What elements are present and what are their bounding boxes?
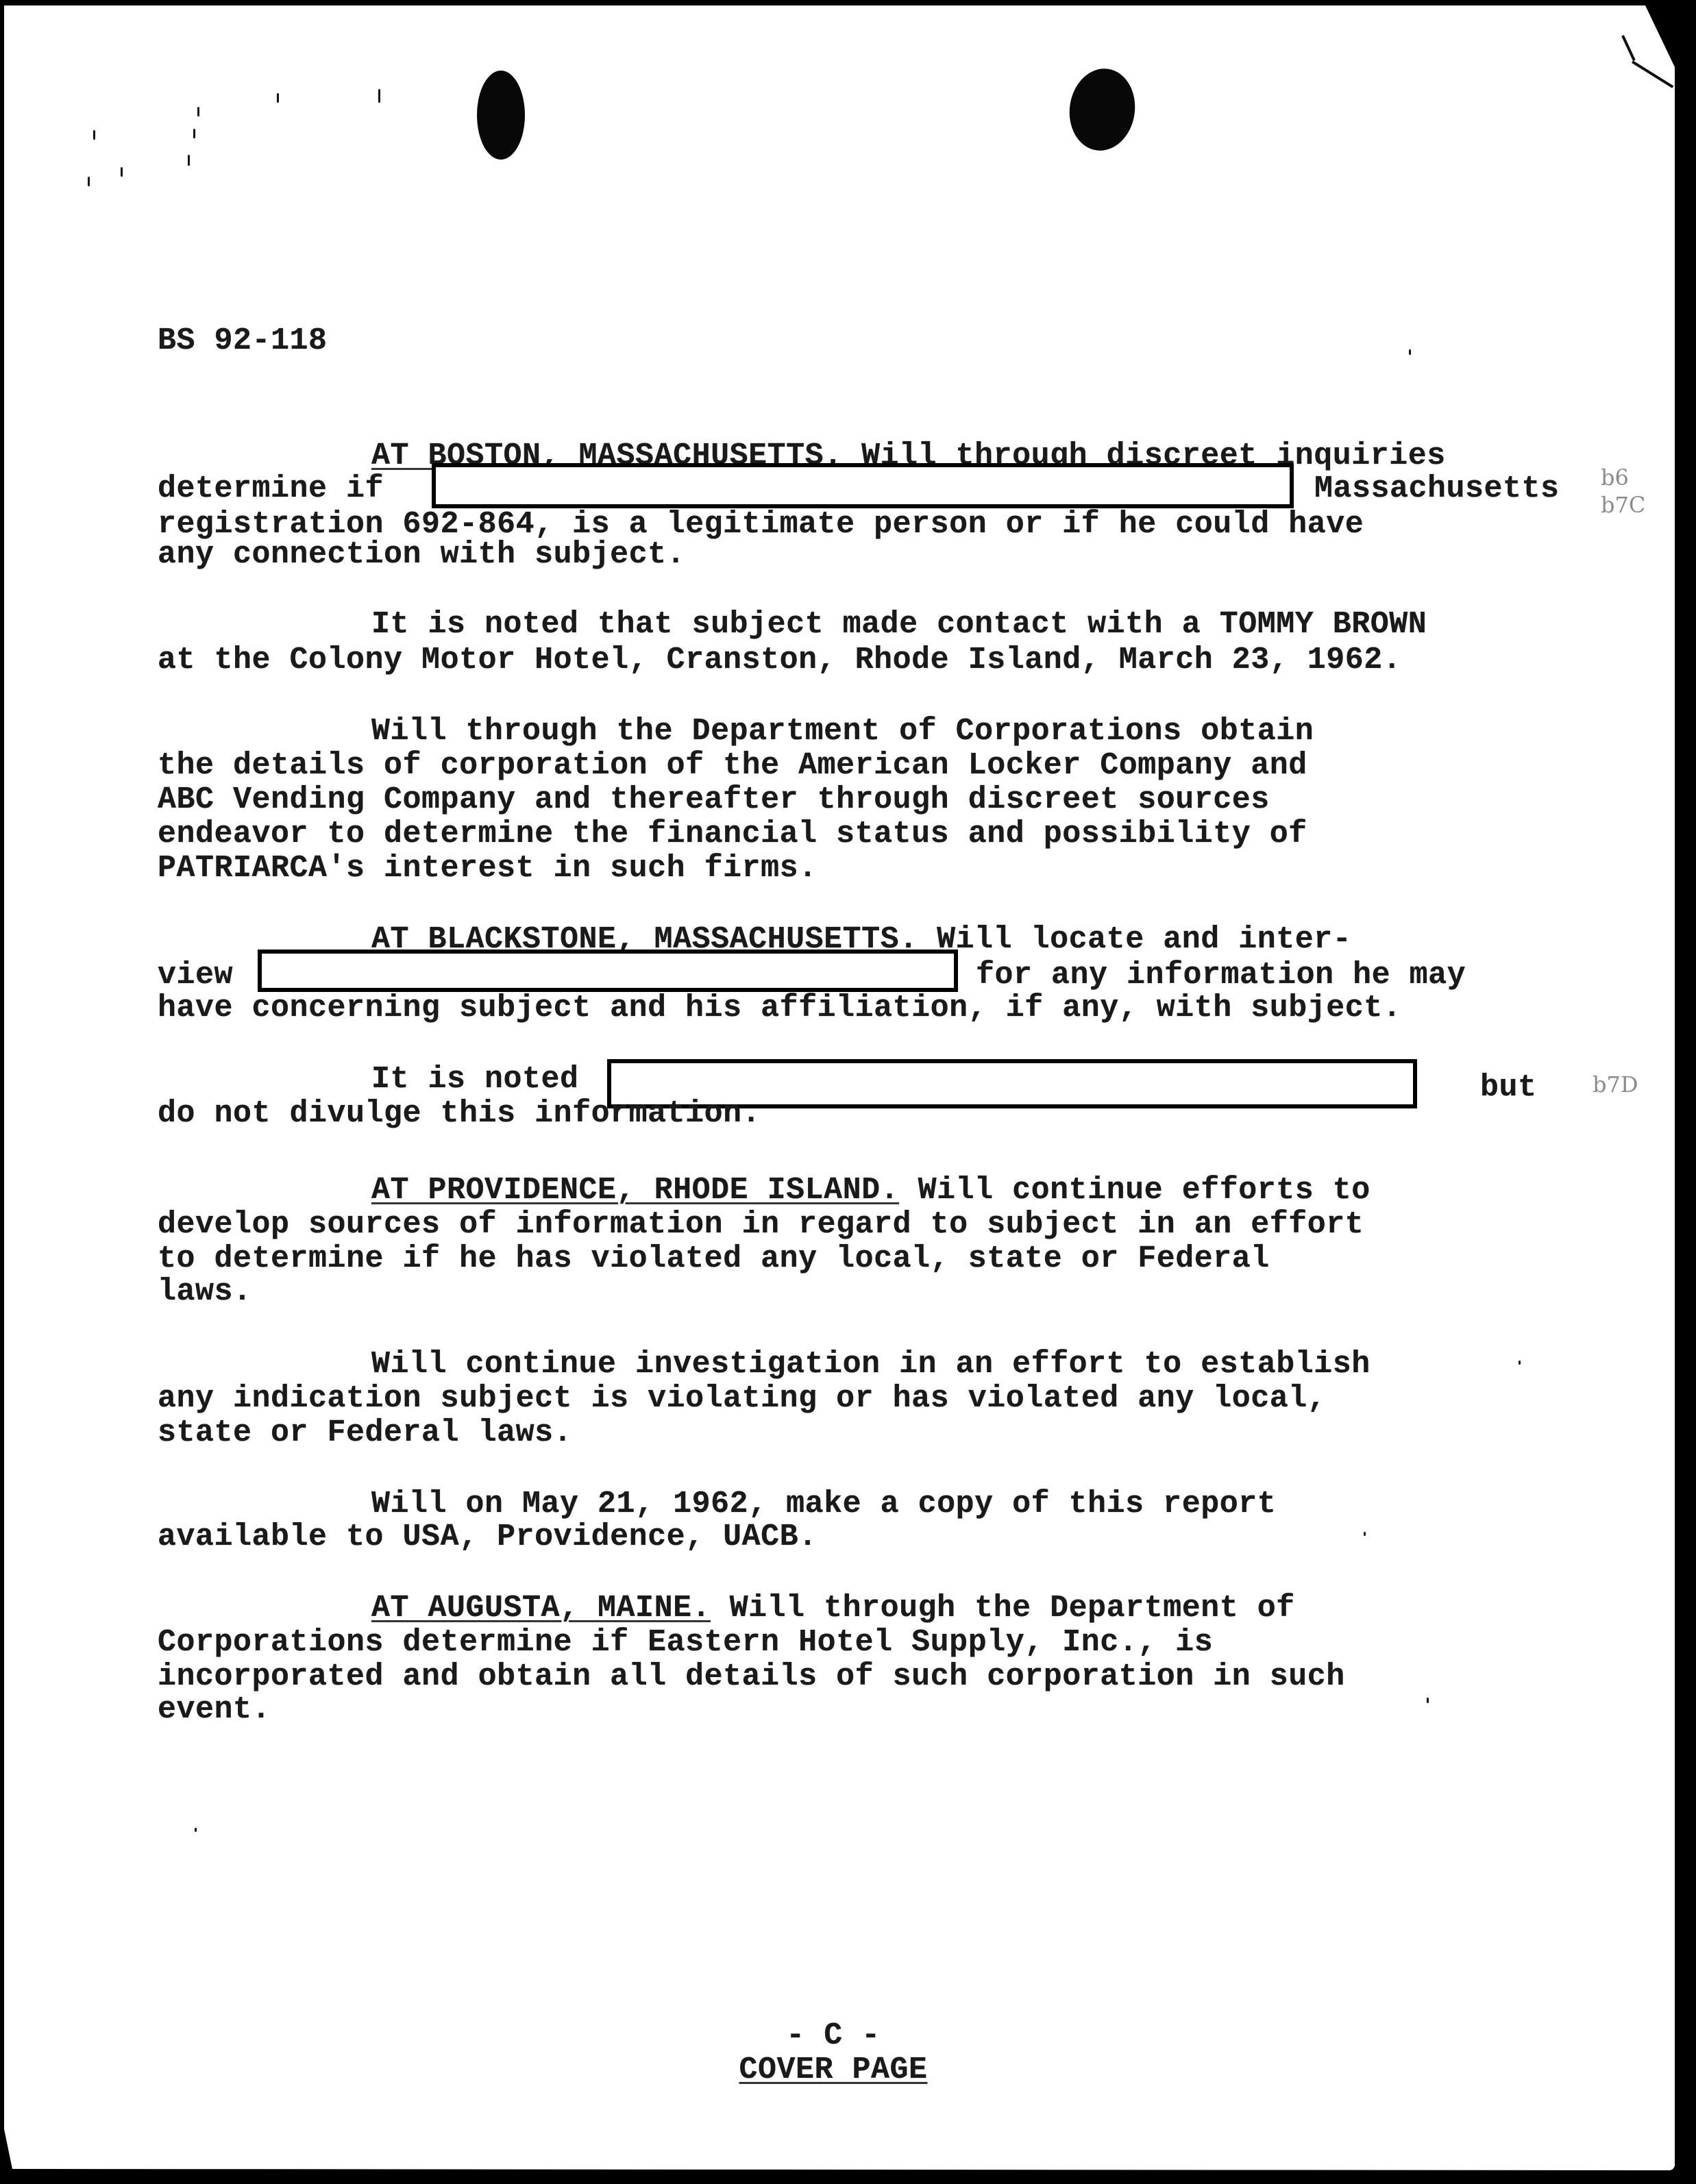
exemption-code: b7C — [1601, 493, 1645, 517]
paragraph-providence-line3: to determine if he has violated any loca… — [158, 1243, 1270, 1276]
stray-mark — [93, 130, 95, 140]
location-heading-providence: AT PROVIDENCE, RHODE ISLAND. — [371, 1173, 899, 1208]
corner-crease — [1632, 60, 1673, 88]
paragraph-contact-line1: It is noted that subject made contact wi… — [371, 608, 1427, 641]
paragraph-augusta-line1: AT AUGUSTA, MAINE. Will through the Depa… — [371, 1592, 1295, 1625]
paragraph-copy-line2: available to USA, Providence, UACB. — [158, 1521, 818, 1554]
stray-mark — [1364, 1532, 1366, 1536]
paragraph-corporations-line3: ABC Vending Company and thereafter throu… — [158, 784, 1270, 817]
stray-mark — [1427, 1698, 1429, 1703]
paragraph-augusta-line2: Corporations determine if Eastern Hotel … — [158, 1626, 1213, 1659]
stray-mark — [1409, 349, 1411, 355]
paragraph-copy-line1: Will on May 21, 1962, make a copy of thi… — [371, 1488, 1276, 1521]
stray-mark — [193, 129, 195, 138]
paragraph-providence-line1: AT PROVIDENCE, RHODE ISLAND. Will contin… — [371, 1174, 1371, 1207]
file-number: BS 92-118 — [158, 325, 328, 358]
paragraph-corporations-line1: Will through the Department of Corporati… — [371, 715, 1314, 748]
stray-mark — [1519, 1361, 1521, 1365]
stray-mark — [277, 93, 279, 103]
stray-mark — [121, 167, 123, 177]
exemption-code: b7D — [1593, 1073, 1638, 1096]
paragraph-augusta-line4: event. — [158, 1693, 271, 1726]
page-footer: COVER PAGE — [730, 2054, 936, 2087]
paragraph-providence-line4: laws. — [158, 1276, 252, 1308]
paragraph-investigation-line1: Will continue investigation in an effort… — [371, 1348, 1371, 1381]
stray-mark — [188, 155, 190, 166]
paragraph-blackstone-line3: have concerning subject and his affiliat… — [158, 992, 1401, 1025]
punch-hole-right — [1064, 64, 1140, 155]
paragraph-boston-line3: registration 692-864, is a legitimate pe… — [158, 508, 1364, 541]
paragraph-blackstone-line2a: view — [158, 959, 233, 992]
paragraph-corporations-line5: PATRIARCA's interest in such firms. — [158, 852, 818, 885]
stray-mark — [88, 177, 90, 186]
redaction-box — [258, 950, 958, 992]
paragraph-investigation-line2: any indication subject is violating or h… — [158, 1382, 1326, 1415]
paragraph-investigation-line3: state or Federal laws. — [158, 1417, 572, 1450]
paragraph-boston-line2b: Massachusetts — [1314, 473, 1560, 506]
location-heading-augusta: AT AUGUSTA, MAINE. — [371, 1591, 711, 1626]
punch-hole-left — [477, 71, 525, 160]
redaction-box — [432, 463, 1294, 508]
exemption-code: b6 — [1601, 466, 1629, 489]
paragraph-contact-line2: at the Colony Motor Hotel, Cranston, Rho… — [158, 644, 1401, 677]
stray-mark — [378, 89, 380, 103]
paragraph-noted-line1b: but — [1480, 1071, 1537, 1104]
paragraph-boston-line2a: determine if — [158, 473, 384, 506]
paper-sheet: BS 92-118 AT BOSTON, MASSACHUSETTS. Will… — [4, 5, 1675, 2170]
paragraph-corporations-line4: endeavor to determine the financial stat… — [158, 818, 1307, 851]
paragraph-boston-line4: any connection with subject. — [158, 538, 685, 571]
paragraph-blackstone-line2b: for any information he may — [976, 959, 1466, 992]
scanned-page: BS 92-118 AT BOSTON, MASSACHUSETTS. Will… — [0, 0, 1696, 2184]
paragraph-augusta-line3: incorporated and obtain all details of s… — [158, 1661, 1345, 1693]
corner-crease — [1621, 35, 1636, 61]
stray-mark — [195, 1828, 197, 1832]
paragraph-noted-line2: do not divulge this information. — [158, 1097, 761, 1130]
page-marker: - C - — [730, 2020, 936, 2052]
paragraph-providence-line2: develop sources of information in regard… — [158, 1208, 1364, 1241]
paragraph-noted-line1a: It is noted — [371, 1063, 579, 1096]
stray-mark — [197, 107, 199, 116]
paragraph-corporations-line2: the details of corporation of the Americ… — [158, 749, 1307, 782]
